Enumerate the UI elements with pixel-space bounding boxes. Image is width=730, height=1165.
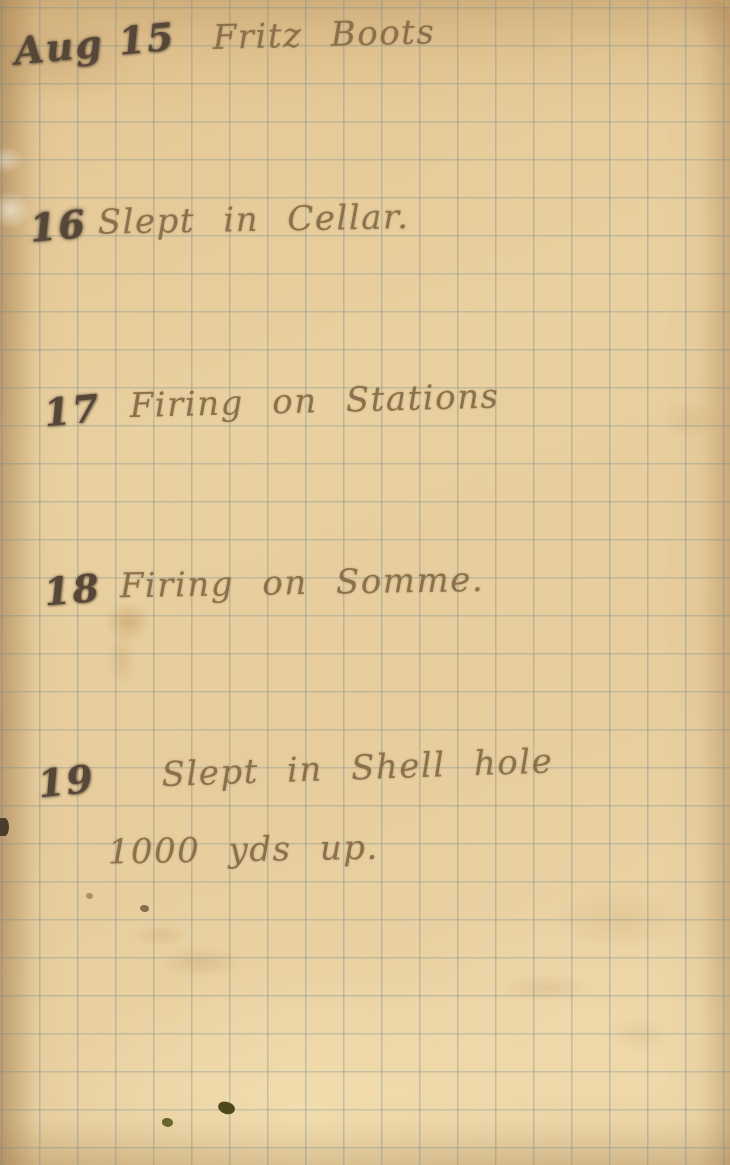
entry-date: Aug 15 bbox=[12, 13, 177, 73]
edge-ink-mark bbox=[0, 818, 9, 836]
diary-entry-continuation: 1000 yds up. bbox=[0, 822, 730, 905]
entry-text: 1000 yds up. bbox=[107, 828, 379, 873]
entry-text: Slept in Cellar. bbox=[97, 197, 409, 242]
entry-date: 19 bbox=[36, 756, 97, 807]
debris-speck bbox=[162, 1118, 173, 1127]
diary-notebook-page: Aug 15 Fritz Boots 16 Slept in Cellar. 1… bbox=[0, 0, 730, 1165]
stain-speck bbox=[140, 905, 149, 912]
entry-date: 17 bbox=[42, 385, 103, 435]
entry-text: Firing on Somme. bbox=[119, 560, 484, 606]
entry-text: Firing on Stations bbox=[129, 376, 500, 426]
stain-speck bbox=[86, 893, 93, 899]
entry-text: Fritz Boots bbox=[212, 12, 436, 58]
entry-date: 16 bbox=[28, 201, 89, 251]
entry-date: 18 bbox=[42, 565, 103, 615]
diary-entry: 18 Firing on Somme. bbox=[0, 556, 730, 639]
diary-entry: 16 Slept in Cellar. bbox=[0, 192, 730, 275]
